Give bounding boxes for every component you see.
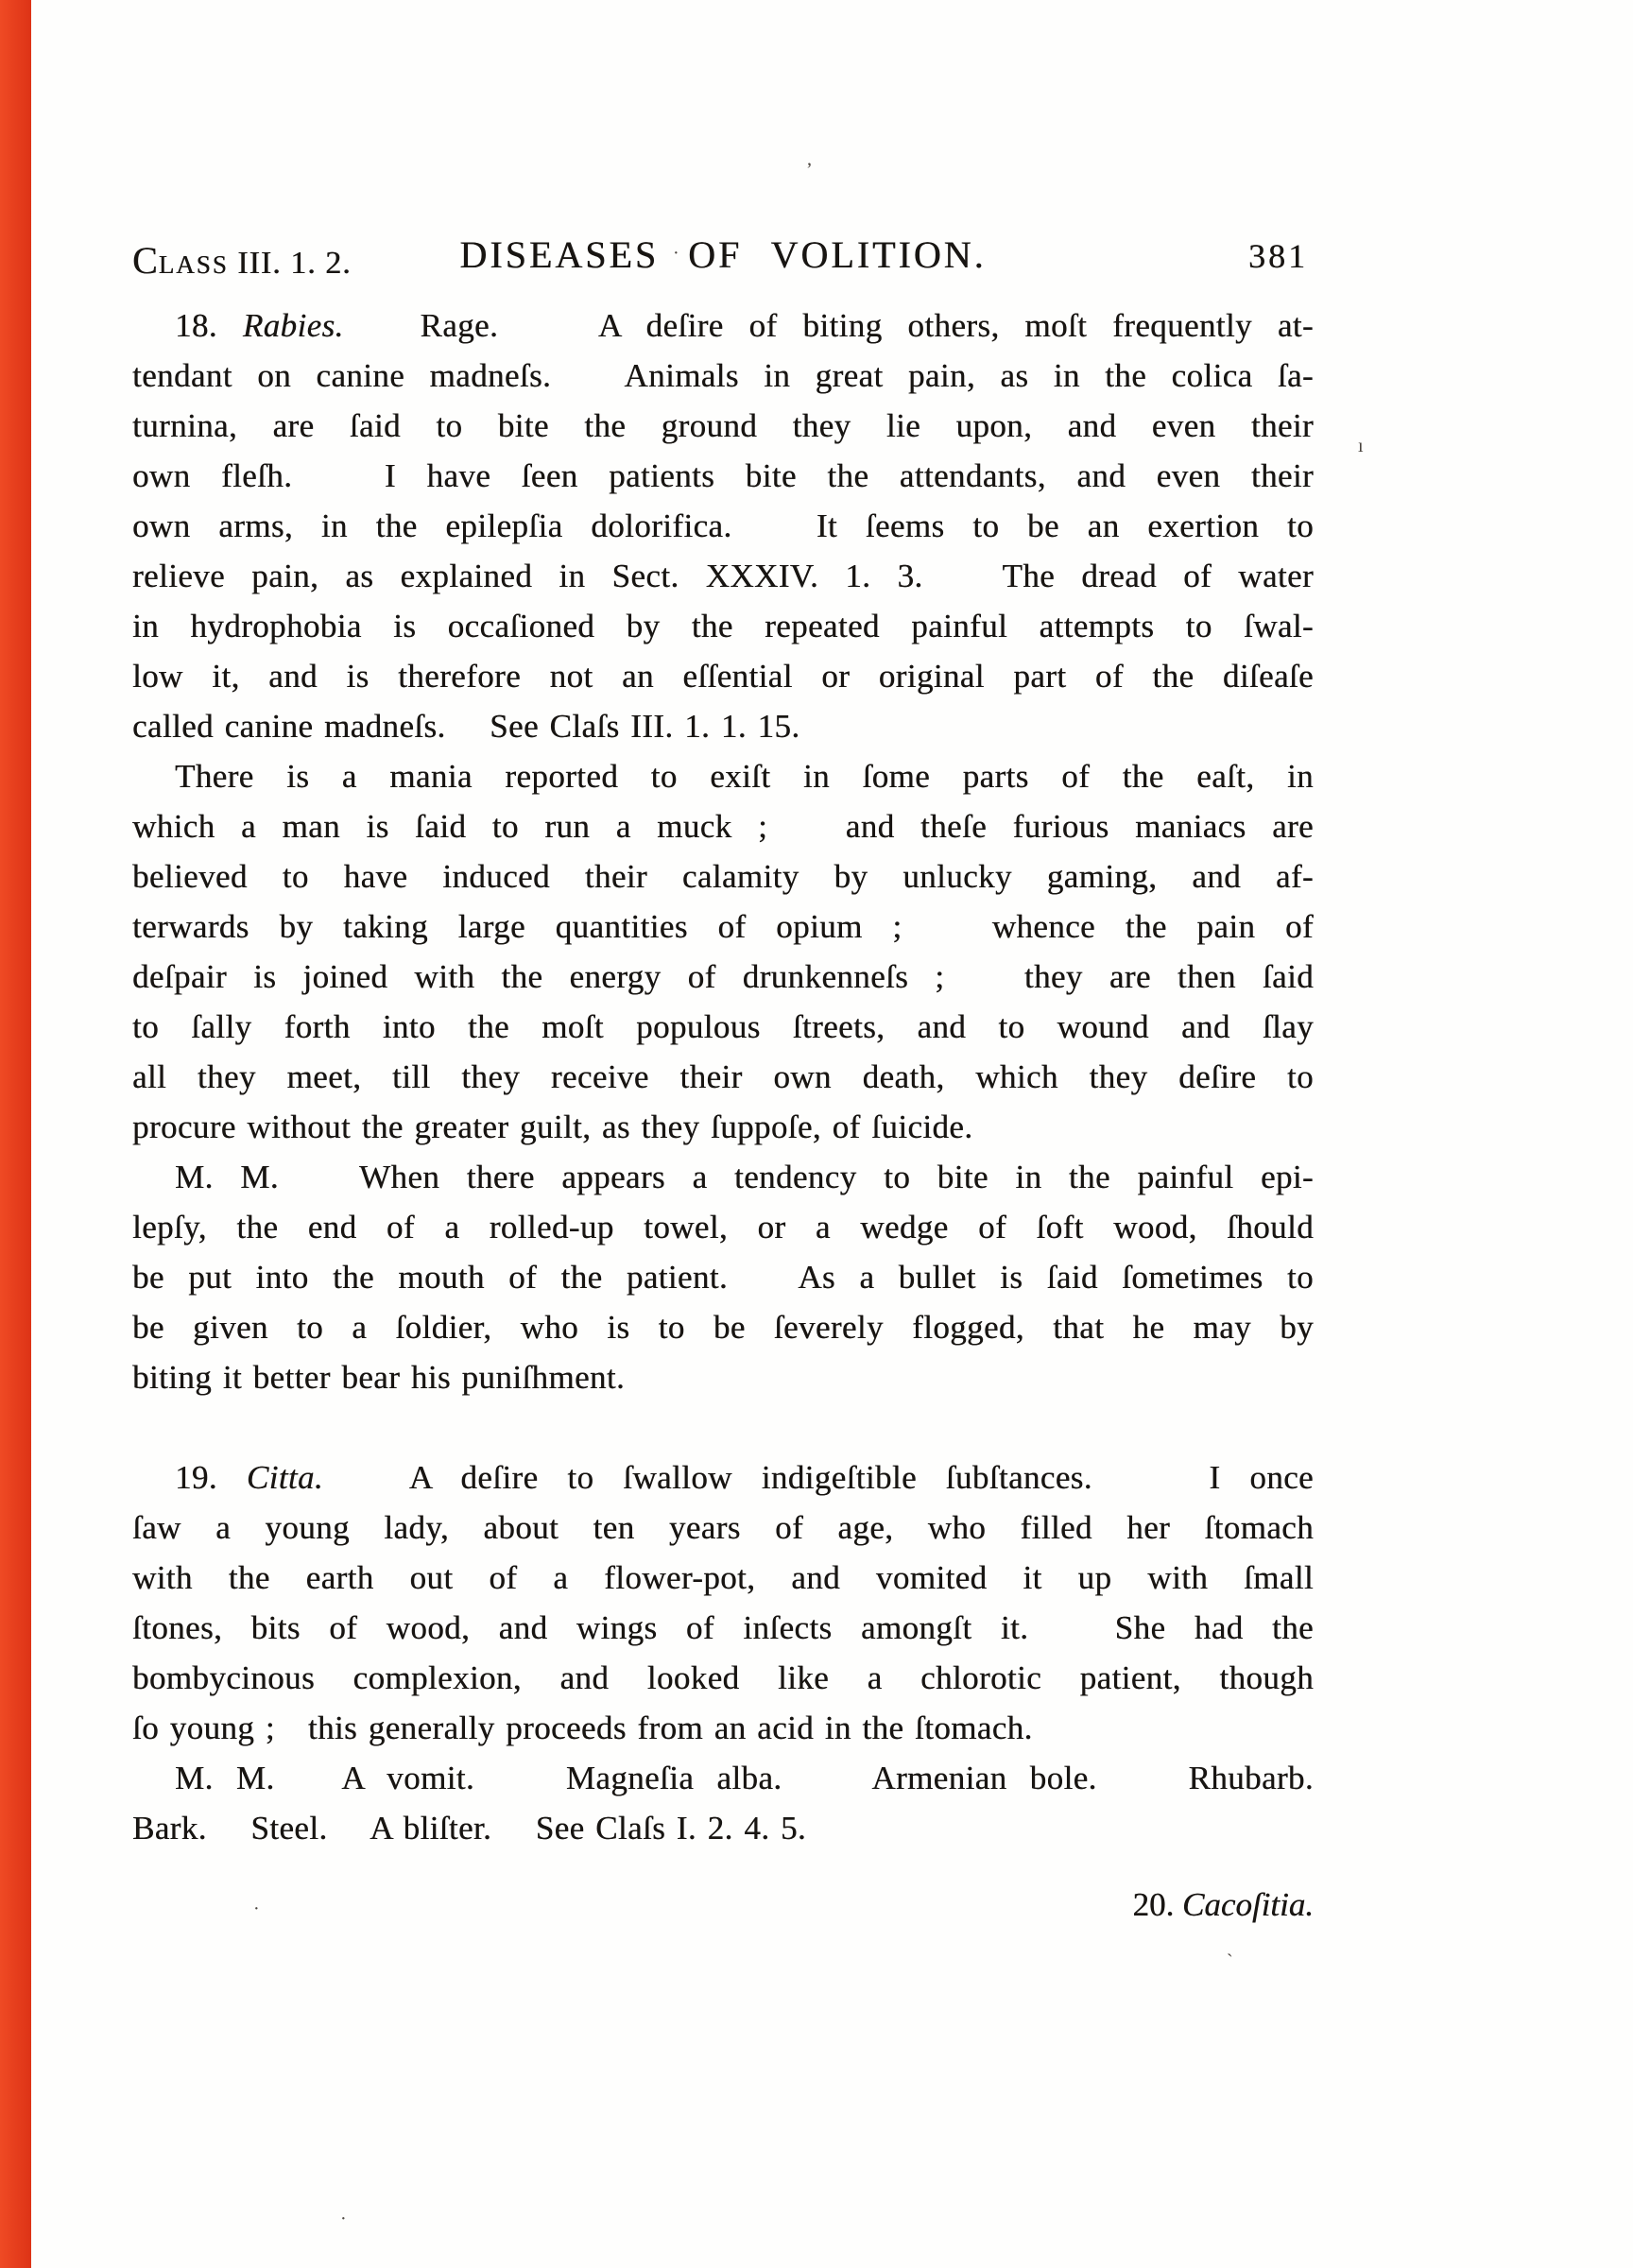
text-line: which a man is ſaid to run a muck ; and … xyxy=(132,801,1314,851)
text-line: biting it better bear his puniſhment. xyxy=(132,1352,1314,1402)
text-line: low it, and is therefore not an eſſentia… xyxy=(132,651,1314,701)
text-line: own arms, in the epilepſia dolorifica. I… xyxy=(132,501,1314,551)
text-block: 18. Rabies. Rage. A deſire of biting oth… xyxy=(132,301,1314,1853)
text-line: relieve pain, as explained in Sect. XXXI… xyxy=(132,551,1314,601)
catchword-number: 20. xyxy=(1132,1886,1182,1923)
text-line: turnina, are ſaid to bite the ground the… xyxy=(132,401,1314,451)
scan-speck: ʼ xyxy=(806,161,813,180)
text-line: bombycinous complexion, and looked like … xyxy=(132,1653,1314,1703)
text-line: M. M. A vomit. Magneſia alba. Armenian b… xyxy=(132,1753,1314,1803)
text-line: in hydrophobia is occaſioned by the repe… xyxy=(132,601,1314,651)
text-line: ſaw a young lady, about ten years of age… xyxy=(132,1503,1314,1553)
catchword-word: Cacoſitia. xyxy=(1182,1886,1314,1923)
scan-speck: ı xyxy=(1358,437,1364,455)
text-line: There is a mania reported to exiſt in ſo… xyxy=(132,751,1314,801)
scan-speck: · xyxy=(340,2209,347,2228)
text-line: be put into the mouth of the patient. As… xyxy=(132,1252,1314,1302)
text-line: ſo young ; this generally proceeds from … xyxy=(132,1703,1314,1753)
scan-speck: · xyxy=(673,244,679,263)
entry-term-italic: Rabies. xyxy=(243,307,344,344)
text-line: 18. Rabies. Rage. A deſire of biting oth… xyxy=(132,301,1314,351)
scan-speck: · xyxy=(253,1899,260,1918)
text-line: with the earth out of a flower-pot, and … xyxy=(132,1553,1314,1603)
text-line: Bark. Steel. A bliſter. See Claſs I. 2. … xyxy=(132,1803,1314,1853)
entry-18-rabies: 18. Rabies. Rage. A deſire of biting oth… xyxy=(132,301,1314,751)
text-line: terwards by taking large quantities of o… xyxy=(132,902,1314,952)
book-page-scan: CLASS III. 1. 2. DISEASES OF VOLITION. 3… xyxy=(0,0,1633,2268)
text-line: called canine madneſs. See Claſs III. 1.… xyxy=(132,701,1314,751)
text-line: believed to have induced their calamity … xyxy=(132,851,1314,902)
text-line: 19. Citta. A deſire to ſwallow indigeſti… xyxy=(132,1452,1314,1503)
entry-term-italic: Citta. xyxy=(247,1459,323,1496)
text-line: to ſally forth into the moſt populous ſt… xyxy=(132,1002,1314,1052)
text-line: procure without the greater guilt, as th… xyxy=(132,1102,1314,1152)
text-line: M. M. When there appears a tendency to b… xyxy=(132,1152,1314,1202)
text-line: own fleſh. I have ſeen patients bite the… xyxy=(132,451,1314,501)
scan-edge-strip xyxy=(0,0,31,2268)
paragraph-mm-citta: M. M. A vomit. Magneſia alba. Armenian b… xyxy=(132,1753,1314,1853)
text-line: deſpair is joined with the energy of dru… xyxy=(132,952,1314,1002)
paragraph-mm-rabies: M. M. When there appears a tendency to b… xyxy=(132,1152,1314,1402)
catchword: 20. Cacoſitia. xyxy=(1132,1886,1314,1924)
scan-speck: ˏ xyxy=(1227,1937,1233,1956)
entry-19-citta: 19. Citta. A deſire to ſwallow indigeſti… xyxy=(132,1452,1314,1753)
text-line: lepſy, the end of a rolled-up towel, or … xyxy=(132,1202,1314,1252)
text-line: all they meet, till they receive their o… xyxy=(132,1052,1314,1102)
running-header: CLASS III. 1. 2. DISEASES OF VOLITION. 3… xyxy=(132,232,1314,282)
running-head-title: DISEASES OF VOLITION. xyxy=(132,232,1314,277)
text-line: tendant on canine madneſs. Animals in gr… xyxy=(132,351,1314,401)
page-number: 381 xyxy=(1248,236,1308,276)
text-line: be given to a ſoldier, who is to be ſeve… xyxy=(132,1302,1314,1352)
paragraph-running-amuck: There is a mania reported to exiſt in ſo… xyxy=(132,751,1314,1152)
text-line: ſtones, bits of wood, and wings of inſec… xyxy=(132,1603,1314,1653)
